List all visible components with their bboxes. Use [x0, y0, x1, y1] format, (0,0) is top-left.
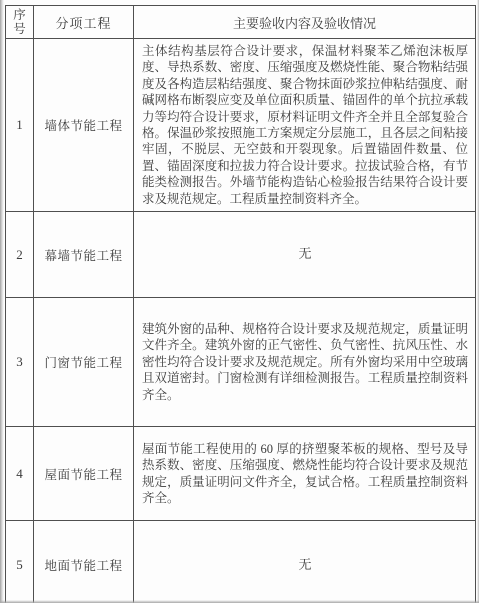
table-row: 5 地面节能工程 无 — [6, 521, 476, 603]
table-header-row: 序 号 分项工程 主要验收内容及验收情况 — [6, 6, 476, 39]
cell-project-name: 屋面节能工程 — [34, 427, 134, 521]
cell-acceptance-content: 主体结构基层符合设计要求，保温材料聚苯乙烯泡沫板厚度、导热系数、密度、压缩强度及… — [134, 39, 476, 212]
page-edge-shadow-left — [0, 0, 4, 603]
cell-project-name: 门窗节能工程 — [34, 298, 134, 427]
table-row: 1 墙体节能工程 主体结构基层符合设计要求，保温材料聚苯乙烯泡沫板厚度、导热系数… — [6, 39, 476, 212]
table-row: 2 幕墙节能工程 无 — [6, 212, 476, 298]
header-serial-number: 序 号 — [6, 6, 34, 39]
cell-serial-number: 5 — [6, 521, 34, 603]
cell-serial-number: 3 — [6, 298, 34, 427]
cell-acceptance-content: 无 — [134, 521, 476, 603]
cell-acceptance-content: 无 — [134, 212, 476, 298]
acceptance-table: 序 号 分项工程 主要验收内容及验收情况 1 墙体节能工程 主体结构基层符合设计… — [5, 5, 476, 603]
cell-project-name: 地面节能工程 — [34, 521, 134, 603]
table-row: 4 屋面节能工程 屋面节能工程使用的 60 厚的挤塑聚苯板的规格、型号及导热系数… — [6, 427, 476, 521]
document-page: 序 号 分项工程 主要验收内容及验收情况 1 墙体节能工程 主体结构基层符合设计… — [0, 0, 479, 603]
header-project-name: 分项工程 — [34, 6, 134, 39]
cell-acceptance-content: 建筑外窗的品种、规格符合设计要求及规范规定，质量证明文件齐全。建筑外窗的正气密性… — [134, 298, 476, 427]
table-row: 3 门窗节能工程 建筑外窗的品种、规格符合设计要求及规范规定，质量证明文件齐全。… — [6, 298, 476, 427]
cell-project-name: 墙体节能工程 — [34, 39, 134, 212]
cell-project-name: 幕墙节能工程 — [34, 212, 134, 298]
header-acceptance-content: 主要验收内容及验收情况 — [134, 6, 476, 39]
cell-serial-number: 1 — [6, 39, 34, 212]
cell-serial-number: 2 — [6, 212, 34, 298]
cell-acceptance-content: 屋面节能工程使用的 60 厚的挤塑聚苯板的规格、型号及导热系数、密度、压缩强度、… — [134, 427, 476, 521]
cell-serial-number: 4 — [6, 427, 34, 521]
